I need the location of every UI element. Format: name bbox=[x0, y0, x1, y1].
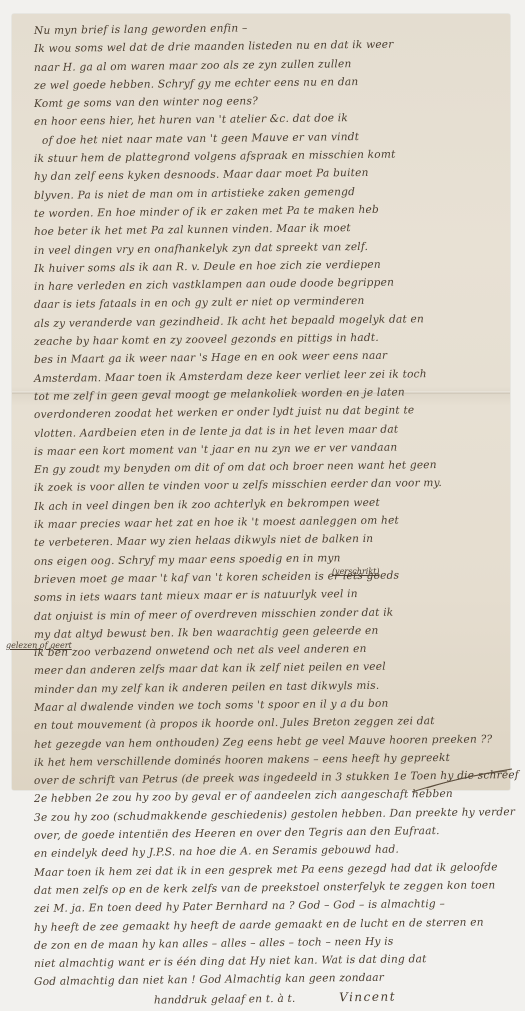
margin-insert: gelezen of geert bbox=[6, 641, 72, 650]
signature-flourish-icon bbox=[407, 766, 517, 796]
letter-sheet: Nu myn brief is lang geworden enfin – Ik… bbox=[12, 14, 510, 790]
letter-body: Nu myn brief is lang geworden enfin – Ik… bbox=[34, 22, 502, 800]
interlinear-insert: (verschrikt) bbox=[332, 567, 380, 576]
